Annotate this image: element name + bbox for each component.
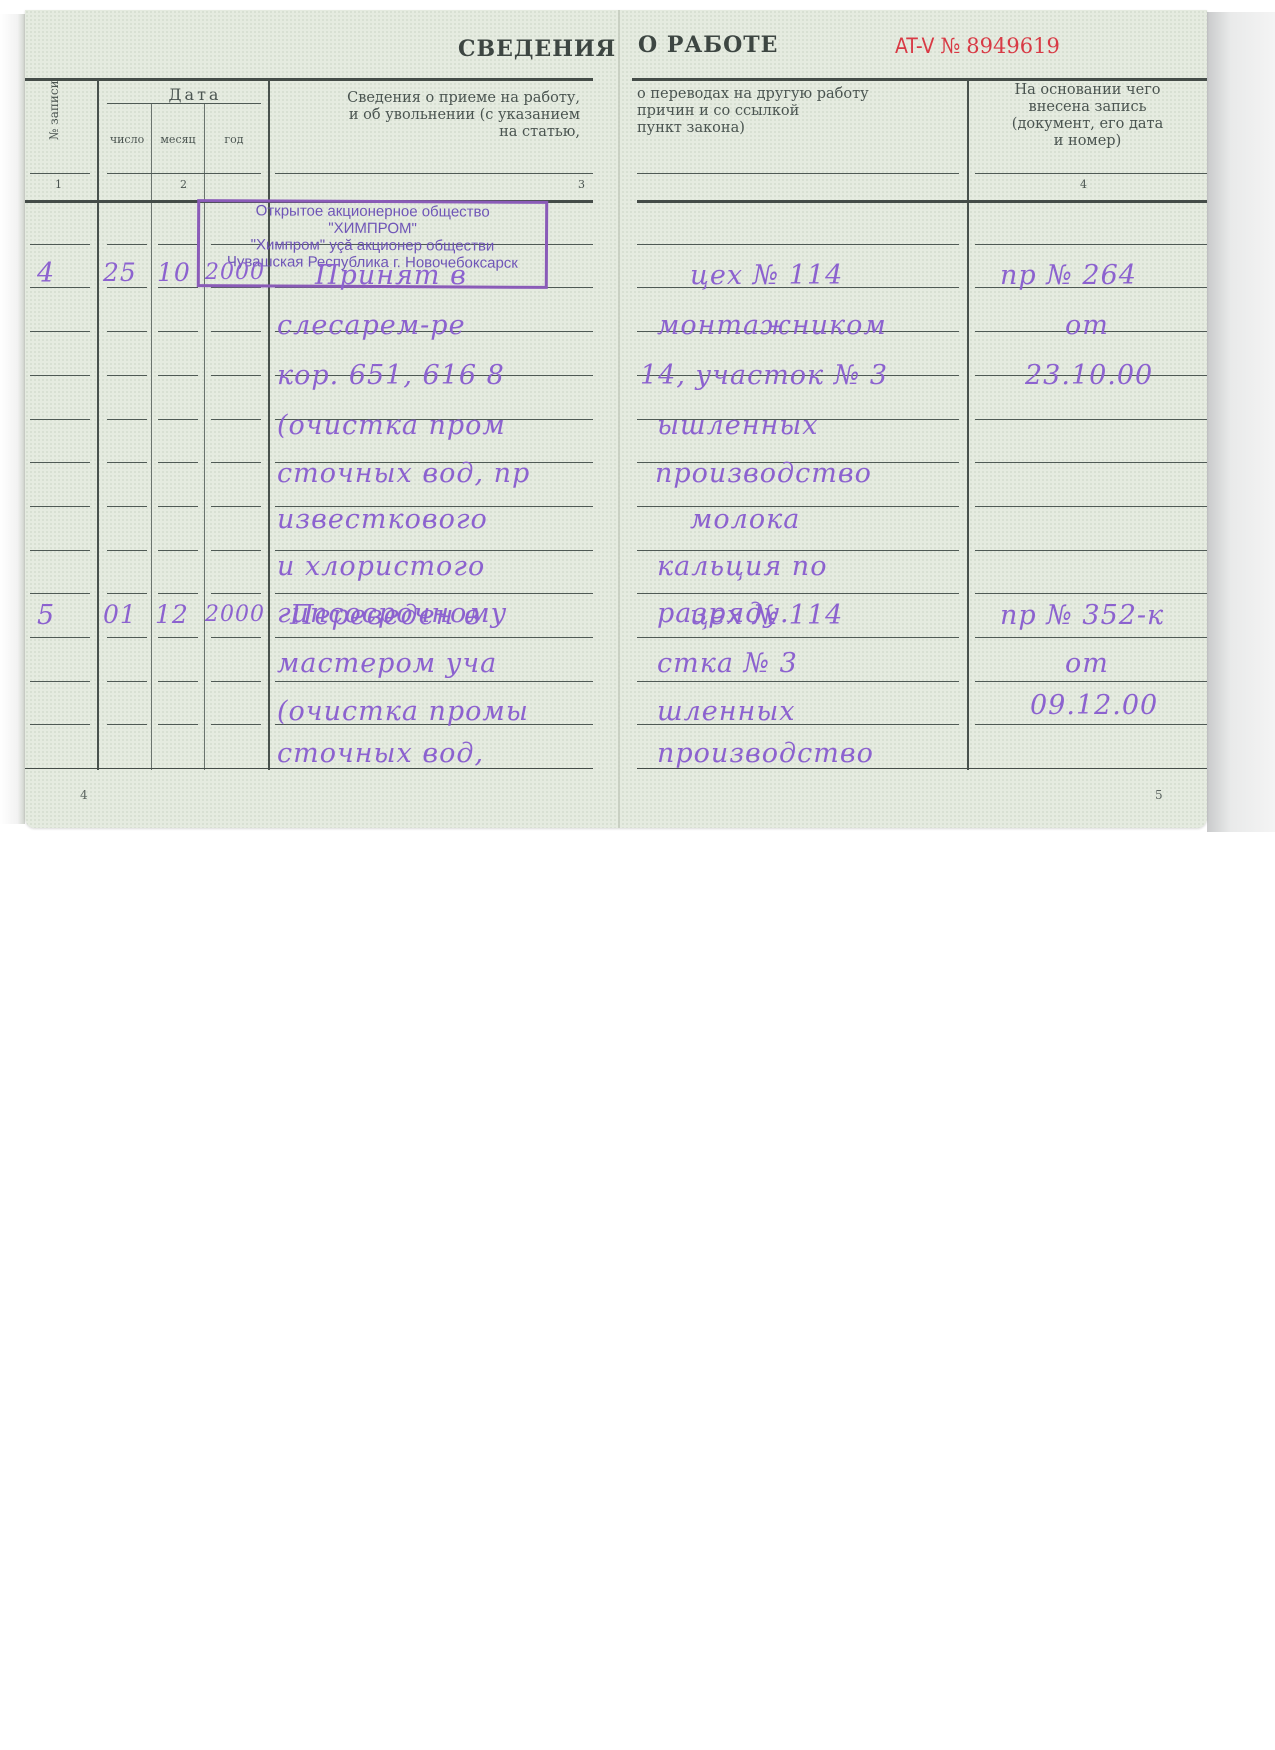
header-employment-left: Сведения о приеме на работу, и об увольн…	[275, 90, 580, 141]
entry-4-basis-line: от	[1065, 310, 1109, 341]
row-rule	[30, 506, 90, 507]
serial-prefix: AT-V	[895, 34, 934, 58]
row-rule	[107, 593, 147, 594]
row-rule	[107, 637, 147, 638]
entry-5-text-left-line: Переведен в	[290, 600, 481, 631]
work-record-book-spread: СВЕДЕНИЯ О РАБОТЕ AT-V № 8949619 № запис…	[25, 10, 1207, 828]
header-top-rule-right	[632, 78, 1207, 81]
header-month: месяц	[153, 133, 203, 146]
row-rule	[30, 244, 90, 245]
entry-4-day: 25	[103, 258, 137, 287]
row-rule	[107, 375, 147, 376]
row-rule	[158, 419, 198, 420]
rule	[637, 173, 959, 174]
row-rule	[211, 550, 261, 551]
row-rule	[211, 681, 261, 682]
page-number-right: 5	[1155, 788, 1163, 802]
row-rule	[211, 637, 261, 638]
title-right: О РАБОТЕ	[638, 32, 778, 58]
row-rule	[211, 724, 261, 725]
entry-5-text-left-line: сточных вод,	[277, 738, 484, 769]
entry-5-text-left-line: (очистка промы	[277, 696, 529, 727]
row-rule	[637, 637, 959, 638]
row-rule	[158, 375, 198, 376]
row-rule	[975, 681, 1207, 682]
row-rule	[637, 593, 959, 594]
header-date: Дата	[150, 86, 240, 103]
row-rule	[107, 287, 147, 288]
entry-5-text-right-line: цех № 114	[690, 600, 843, 631]
row-rule	[30, 550, 90, 551]
entry-5-basis-line: пр № 352-к	[1000, 600, 1164, 631]
rule	[975, 173, 1207, 174]
row-rule	[158, 681, 198, 682]
col-divider-1	[97, 80, 99, 770]
serial-digits: 8949619	[966, 34, 1060, 58]
row-rule	[637, 244, 959, 245]
row-rule	[30, 331, 90, 332]
row-rule	[30, 462, 90, 463]
col-num-4: 4	[1080, 178, 1087, 191]
entry-4-text-right-line: ышленных	[657, 410, 819, 441]
row-rule	[158, 462, 198, 463]
row-rule	[275, 593, 593, 594]
entry-4-basis-line: пр № 264	[1000, 260, 1137, 291]
entry-4-text-left-line: известкового	[277, 504, 488, 535]
rule	[30, 173, 90, 174]
row-rule	[158, 593, 198, 594]
book-spine	[618, 10, 620, 828]
entry-5-day: 01	[103, 600, 137, 629]
entry-5-year: 2000	[205, 602, 265, 627]
row-rule	[158, 506, 198, 507]
row-rule	[275, 637, 593, 638]
row-rule	[158, 287, 198, 288]
row-rule	[158, 331, 198, 332]
entry-5-text-right-line: производство	[657, 738, 874, 769]
row-rule	[30, 375, 90, 376]
row-rule	[975, 593, 1207, 594]
entry-5-text-right-line: шленных	[657, 696, 796, 727]
entry-4-number: 4	[37, 258, 55, 289]
row-rule	[107, 244, 147, 245]
row-rule	[30, 593, 90, 594]
row-rule	[211, 462, 261, 463]
row-rule	[211, 375, 261, 376]
entry-4-text-right-line: производство	[655, 458, 872, 489]
row-rule	[158, 244, 198, 245]
entry-5-number: 5	[37, 600, 55, 631]
header-basis: На основании чего внесена запись (докуме…	[975, 82, 1200, 150]
entry-4-text-right-line: цех № 114	[690, 260, 843, 291]
row-rule	[107, 331, 147, 332]
entry-4-text-right-line: 14, участок № 3	[640, 360, 888, 391]
entry-4-text-right-line: молока	[690, 504, 800, 535]
rule	[107, 173, 261, 174]
entry-5-basis-line: 09.12.00	[1030, 690, 1158, 721]
row-rule	[211, 419, 261, 420]
scan-edge-right	[1207, 12, 1275, 832]
col-divider-3	[967, 80, 969, 770]
entry-4-text-left-line: слесарем-ре	[277, 310, 466, 341]
col-num-1: 1	[55, 178, 62, 191]
row-rule	[107, 462, 147, 463]
row-rule	[107, 681, 147, 682]
row-rule	[211, 506, 261, 507]
row-rule	[30, 637, 90, 638]
row-rule	[975, 462, 1207, 463]
entry-4-text-left-line: Принят в	[315, 260, 467, 291]
row-rule	[275, 681, 593, 682]
entry-4-basis-line: 23.10.00	[1025, 360, 1153, 391]
row-rule	[211, 593, 261, 594]
row-rule	[107, 550, 147, 551]
row-rule	[975, 506, 1207, 507]
row-rule	[975, 724, 1207, 725]
header-top-rule-left	[25, 78, 593, 81]
col-num-2: 2	[180, 178, 187, 191]
row-rule	[30, 419, 90, 420]
header-bottom-rule-right	[637, 200, 1207, 203]
row-rule	[975, 244, 1207, 245]
row-rule	[158, 724, 198, 725]
row-rule	[30, 681, 90, 682]
rule	[275, 173, 593, 174]
date-subrule	[107, 103, 261, 104]
row-rule	[975, 637, 1207, 638]
entry-5-basis-line: от	[1065, 648, 1109, 679]
title-left: СВЕДЕНИЯ	[458, 36, 616, 62]
col-divider-2	[268, 80, 270, 770]
scan-edge-left	[0, 14, 25, 824]
row-rule	[211, 331, 261, 332]
row-rule	[107, 506, 147, 507]
entry-4-text-right-line: монтажником	[657, 310, 887, 341]
header-entry-number: № записи	[47, 80, 61, 140]
row-rule	[158, 637, 198, 638]
entry-5-month: 12	[155, 600, 189, 629]
row-rule	[158, 550, 198, 551]
entry-4-text-left-line: и хлористого	[277, 551, 485, 582]
row-rule	[975, 419, 1207, 420]
row-rule	[975, 550, 1207, 551]
row-rule	[107, 724, 147, 725]
header-year: год	[206, 133, 262, 146]
page-number-left: 4	[80, 788, 88, 802]
entry-5-text-left-line: мастером уча	[277, 648, 497, 679]
entry-4-text-left-line: сточных вод, пр	[277, 458, 530, 489]
entry-4-month: 10	[157, 258, 191, 287]
header-day: число	[105, 133, 149, 146]
entry-4-text-left-line: (очистка пром	[277, 410, 506, 441]
serial-number: AT-V № 8949619	[895, 34, 1060, 58]
entry-4-text-left-line: кор. 651, 616 8	[277, 360, 505, 391]
entry-5-text-right-line: стка № 3	[657, 648, 798, 679]
entry-4-text-right-line: кальция по	[657, 551, 827, 582]
col-divider-day	[151, 103, 152, 770]
header-employment-right: о переводах на другую работу причин и со…	[637, 86, 957, 137]
row-rule	[637, 681, 959, 682]
row-rule	[30, 724, 90, 725]
row-rule	[107, 419, 147, 420]
serial-sign: №	[940, 34, 960, 58]
col-num-3: 3	[578, 178, 585, 191]
entry-4-year: 2000	[205, 260, 265, 285]
